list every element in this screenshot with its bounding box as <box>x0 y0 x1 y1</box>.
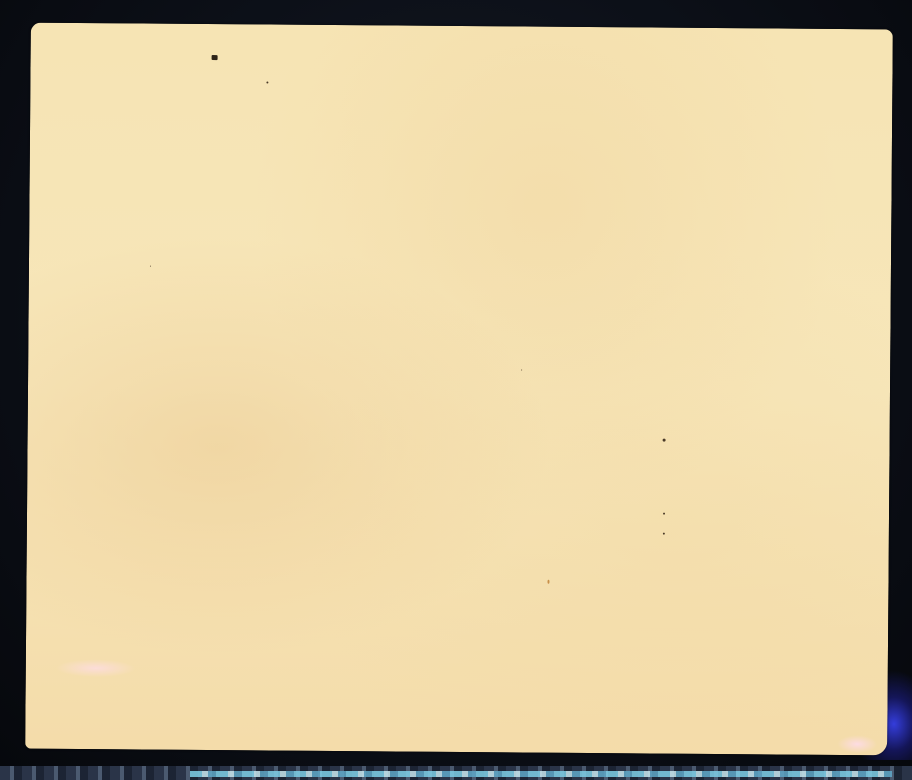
speck <box>663 533 665 535</box>
scanner-edge-strip <box>0 766 912 780</box>
speck <box>663 439 666 442</box>
light-glare <box>837 735 877 753</box>
light-glare <box>56 659 136 678</box>
blank-card <box>25 23 893 756</box>
speck <box>266 81 268 83</box>
speck <box>521 369 522 370</box>
speck <box>547 580 549 584</box>
speck <box>212 55 218 60</box>
speck <box>150 266 151 267</box>
speck <box>663 513 665 515</box>
